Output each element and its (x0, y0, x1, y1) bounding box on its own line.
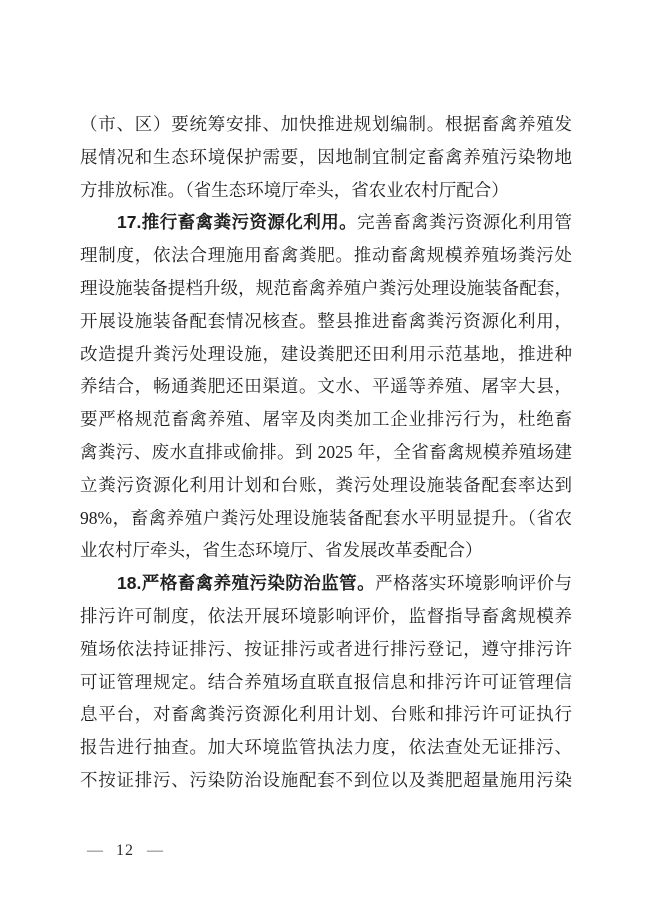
text-line: 养结合，畅通粪肥还田渠道。文水、平遥等养殖、屠宰大县， (80, 370, 572, 403)
text-line: 开展设施装备配套情况核查。整县推进畜禽粪污资源化利用， (80, 305, 572, 338)
text-line: 殖场依法持证排污、按证排污或者进行排污登记，遵守排污许 (80, 633, 572, 666)
text-line: 禽粪污、废水直排或偷排。到 2025 年，全省畜禽规模养殖场建 (80, 436, 572, 469)
document-body: （市、区）要统筹安排、加快推进规划编制。根据畜禽养殖发 展情况和生态环境保护需要… (80, 108, 572, 797)
line-text: 立粪污资源化利用计划和台账，粪污处理设施装备配套率达到 (80, 475, 572, 495)
item-17-heading: 17.推行畜禽粪污资源化利用。 (117, 212, 357, 232)
footer-left-dash: — (87, 841, 103, 861)
text-line: 17.推行畜禽粪污资源化利用。完善畜禽粪污资源化利用管 (80, 206, 572, 239)
page-footer: — 12 — (87, 841, 163, 861)
line-text: 展情况和生态环境保护需要，因地制宜制定畜禽养殖污染物地 (80, 147, 572, 167)
text-line: 不按证排污、污染防治设施配套不到位以及粪肥超量施用污染 (80, 764, 572, 797)
text-line: 业农村厅牵头，省生态环境厅、省发展改革委配合） (80, 534, 572, 567)
text-line: 展情况和生态环境保护需要，因地制宜制定畜禽养殖污染物地 (80, 141, 572, 174)
line-text: 排污许可制度，依法开展环境影响评价，监督指导畜禽规模养 (80, 606, 572, 626)
line-text: 报告进行抽查。加大环境监管执法力度，依法查处无证排污、 (80, 737, 572, 757)
text-line: 理设施装备提档升级，规范畜禽养殖户粪污处理设施装备配套， (80, 272, 572, 305)
text-line: 报告进行抽查。加大环境监管执法力度，依法查处无证排污、 (80, 731, 572, 764)
page-number: 12 (116, 841, 134, 861)
text-line: 要严格规范畜禽养殖、屠宰及肉类加工企业排污行为，杜绝畜 (80, 403, 572, 436)
text-line: 息平台，对畜禽粪污资源化利用计划、台账和排污许可证执行 (80, 698, 572, 731)
line-text: 息平台，对畜禽粪污资源化利用计划、台账和排污许可证执行 (80, 704, 572, 724)
text-line: 可证管理规定。结合养殖场直联直报信息和排污许可证管理信 (80, 666, 572, 699)
line-text: （市、区）要统筹安排、加快推进规划编制。根据畜禽养殖发 (80, 114, 572, 134)
line-text: 理制度，依法合理施用畜禽粪肥。推动畜禽规模养殖场粪污处 (80, 245, 572, 265)
line-text: 养结合，畅通粪肥还田渠道。文水、平遥等养殖、屠宰大县， (80, 376, 572, 396)
footer-right-dash: — (147, 841, 163, 861)
line-text: 理设施装备提档升级，规范畜禽养殖户粪污处理设施装备配套， (80, 278, 572, 298)
text-line: 理制度，依法合理施用畜禽粪肥。推动畜禽规模养殖场粪污处 (80, 239, 572, 272)
text-line: 立粪污资源化利用计划和台账，粪污处理设施装备配套率达到 (80, 469, 572, 502)
text-line: 改造提升粪污处理设施，建设粪肥还田利用示范基地，推进种 (80, 338, 572, 371)
text-line: 排污许可制度，依法开展环境影响评价，监督指导畜禽规模养 (80, 600, 572, 633)
line-text: 不按证排污、污染防治设施配套不到位以及粪肥超量施用污染 (80, 770, 572, 790)
line-text: 要严格规范畜禽养殖、屠宰及肉类加工企业排污行为，杜绝畜 (80, 409, 572, 429)
document-page: （市、区）要统筹安排、加快推进规划编制。根据畜禽养殖发 展情况和生态环境保护需要… (0, 0, 650, 919)
line-text: 开展设施装备配套情况核查。整县推进畜禽粪污资源化利用， (80, 311, 572, 331)
line-text: 98%，畜禽养殖户粪污处理设施装备配套水平明显提升。（省农 (80, 508, 572, 528)
line-text: 禽粪污、废水直排或偷排。到 2025 年，全省畜禽规模养殖场建 (80, 442, 572, 462)
text-line: 18.严格畜禽养殖污染防治监管。严格落实环境影响评价与 (80, 567, 572, 600)
item-18-heading: 18.严格畜禽养殖污染防治监管。 (117, 573, 375, 593)
line-text: 严格落实环境影响评价与 (375, 573, 572, 593)
text-line: 98%，畜禽养殖户粪污处理设施装备配套水平明显提升。（省农 (80, 502, 572, 535)
text-line: （市、区）要统筹安排、加快推进规划编制。根据畜禽养殖发 (80, 108, 572, 141)
line-text: 改造提升粪污处理设施，建设粪肥还田利用示范基地，推进种 (80, 344, 572, 364)
line-text: 殖场依法持证排污、按证排污或者进行排污登记，遵守排污许 (80, 639, 572, 659)
text-line: 方排放标准。（省生态环境厅牵头，省农业农村厅配合） (80, 174, 572, 207)
line-text: 方排放标准。（省生态环境厅牵头，省农业农村厅配合） (80, 180, 509, 200)
line-text: 业农村厅牵头，省生态环境厅、省发展改革委配合） (80, 540, 483, 560)
line-text: 完善畜禽粪污资源化利用管 (357, 212, 572, 232)
line-text: 可证管理规定。结合养殖场直联直报信息和排污许可证管理信 (80, 672, 572, 692)
